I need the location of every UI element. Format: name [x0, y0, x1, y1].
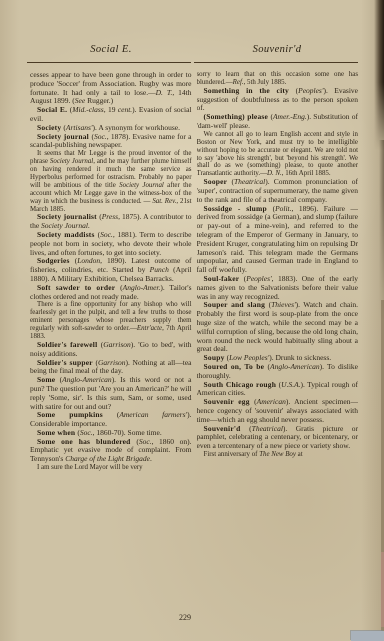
scan-artifact-patch [351, 631, 384, 641]
text-segment: Punch [150, 265, 169, 274]
paragraph: It seems that Mr Legge is the proud inve… [30, 150, 192, 213]
headword: Some pumpkins [37, 410, 117, 419]
text-segment: Anglo-Amer. [123, 283, 161, 292]
dictionary-entry: Sooper (Theatrical). Common pronunciatio… [197, 178, 359, 204]
page-number: 229 [0, 613, 377, 622]
dictionary-entry: Some pumpkins (American farmers'). Consi… [30, 411, 192, 429]
dictionary-entry: Soft sawder to order (Anglo-Amer.). Tail… [30, 284, 192, 302]
headword: Souper and slang [204, 300, 269, 309]
headword: Soft sawder to order [37, 283, 120, 292]
dictionary-entry: Soldier's supper (Garrison). Nothing at … [30, 359, 192, 377]
text-segment: ). A synonym for workhouse. [93, 123, 181, 132]
paragraph: First anniversary of The New Boy at [197, 451, 359, 459]
headword: Souvenir egg [204, 397, 255, 406]
text-segment: Society Journal [41, 221, 88, 230]
dictionary-entry: Society maddists (Soc., 1881). Term to d… [30, 231, 192, 257]
text-segment: Thieves' [271, 300, 296, 309]
dictionary-entry: Souvenir egg (American). Ancient specime… [197, 398, 359, 424]
dictionary-entry: Social E. (Mid.-class, 19 cent.). Evasio… [30, 106, 192, 124]
text-segment: American farmers' [119, 410, 187, 419]
text-segment: American [257, 397, 286, 406]
text-segment: Garrison [98, 358, 126, 367]
dictionary-entry: Sossidge - slump (Polit., 1896). Failure… [197, 205, 359, 275]
headword: Some when [37, 428, 77, 437]
dictionary-entry: Sodgeries (London, 1890). Latest outcome… [30, 257, 192, 283]
text-segment: cent. [118, 105, 132, 114]
text-segment: D. T. [156, 88, 173, 97]
text-column-left: cesses appear to have been gone through … [30, 71, 192, 614]
text-segment: Low Peoples' [229, 353, 269, 362]
dictionary-entry: South Chicago rough (U.S.A.). Typical ro… [197, 381, 359, 399]
text-segment: First anniversary of [204, 451, 260, 458]
dictionary-entry: Soul-faker (Peoples', 1883). One of the … [197, 275, 359, 301]
text-segment: The New Boy [259, 451, 296, 458]
scan-edge-shadow-top [374, 0, 384, 150]
text-segment: Soc. [94, 132, 107, 141]
paragraph: cesses appear to have been gone through … [30, 71, 192, 106]
dictionary-entry: Soldier's farewell (Garrison). 'Go to be… [30, 341, 192, 359]
headword: Some [37, 375, 60, 384]
headword: Sooper [204, 177, 232, 186]
text-segment: Mid.-class [72, 105, 103, 114]
text-segment: Rugger.) [85, 96, 113, 105]
text-segment: Charge of the Light Brigade [65, 454, 150, 463]
text-segment: Society Journal [50, 158, 93, 165]
running-head-left: Social E. [30, 44, 192, 55]
text-segment: . [150, 454, 152, 463]
text-segment: ). Watch and chain. Probably the first w… [197, 300, 359, 353]
paragraph: There is a fine opportunity for any bish… [30, 301, 192, 341]
text-segment: , 1896). Failure — derived from sossidge… [197, 204, 359, 275]
text-segment: ). Drunk to sickness. [269, 353, 331, 362]
text-segment: Peoples' [246, 274, 271, 283]
text-block: cesses appear to have been gone through … [30, 71, 358, 614]
headword: Society journal [37, 132, 91, 141]
headword: Sodgeries [37, 256, 75, 265]
dictionary-entry: Some (Anglo-American). Is this word or n… [30, 376, 192, 411]
text-segment: Sat. Rev. [152, 198, 176, 205]
paragraph: sorry to learn that on this occasion som… [197, 71, 359, 87]
text-segment: at [296, 451, 303, 458]
text-segment: , 19 [104, 105, 118, 114]
headword: Souvenir'd [204, 424, 250, 433]
headword: Some one has blundered [37, 437, 136, 446]
dictionary-entry: Something in the city (Peoples'). Evasiv… [197, 87, 359, 113]
text-segment: Peoples' [298, 86, 323, 95]
text-segment: Entr'acte [137, 325, 162, 332]
text-segment: Society Journal [119, 182, 164, 189]
headword: Something in the city [204, 86, 296, 95]
text-segment: . [88, 221, 90, 230]
text-segment: Soc. [139, 437, 152, 446]
dictionary-entry: Souper and slang (Thieves'). Watch and c… [197, 301, 359, 354]
dictionary-entry: Souvenir'd (Theatrical). Gratis picture … [197, 425, 359, 451]
text-segment: Press [102, 212, 118, 221]
paragraph: I am sure the Lord Mayor will be very [30, 464, 192, 472]
text-segment: U.S.A. [281, 380, 300, 389]
paragraph: We cannot all go to learn English accent… [197, 131, 359, 178]
header-rule-left [27, 62, 191, 63]
text-segment: Amer.-Eng. [273, 112, 307, 121]
text-segment: Soc. [100, 230, 113, 239]
text-segment: Theatrical [252, 424, 283, 433]
dictionary-entry: Some one has blundered (Soc., 1860 on). … [30, 438, 192, 464]
headword: Sossidge - slump [204, 204, 273, 213]
headword: Soul-faker [204, 274, 244, 283]
dictionary-entry: Society journalist (Press, 1875). A cont… [30, 213, 192, 231]
headword: Society journalist [37, 212, 99, 221]
headword: Society [37, 123, 63, 132]
headword: Society maddists [37, 230, 98, 239]
headword: (Something) please [204, 112, 271, 121]
text-segment: I am sure the Lord Mayor will be very [37, 464, 143, 471]
dictionary-entry: Soured on, To be (Anglo-American). To di… [197, 363, 359, 381]
text-column-right: sorry to learn that on this occasion som… [197, 71, 359, 614]
text-segment: Anglo-American [270, 362, 320, 371]
dictionary-entry: Society journal (Soc., 1878). Evasive na… [30, 133, 192, 151]
text-segment: , 1860-70). Some time. [93, 428, 162, 437]
text-segment: Soc. [80, 428, 93, 437]
headword: Soldier's farewell [37, 340, 101, 349]
scanned-book-page: Social E. Souvenir'd cesses appear to ha… [0, 0, 384, 641]
header-rule-right [194, 62, 358, 63]
text-segment: See [75, 96, 85, 105]
text-segment: Polit. [275, 204, 291, 213]
scan-edge-shadow-mid [379, 140, 384, 320]
headword: South Chicago rough [204, 380, 279, 389]
text-segment: London [77, 256, 100, 265]
headword: Soupy [204, 353, 227, 362]
dictionary-entry: (Something) please (Amer.-Eng.). Substit… [197, 113, 359, 131]
running-head-right: Souvenir'd [196, 44, 358, 55]
headword: Soured on, To be [204, 362, 268, 371]
headword: Social E. [37, 105, 70, 114]
text-segment: Theatrical [234, 177, 265, 186]
headword: Soldier's supper [37, 358, 96, 367]
text-segment: Garrison [103, 340, 131, 349]
text-segment: Artisans' [66, 123, 93, 132]
text-segment: Anglo-American [62, 375, 112, 384]
